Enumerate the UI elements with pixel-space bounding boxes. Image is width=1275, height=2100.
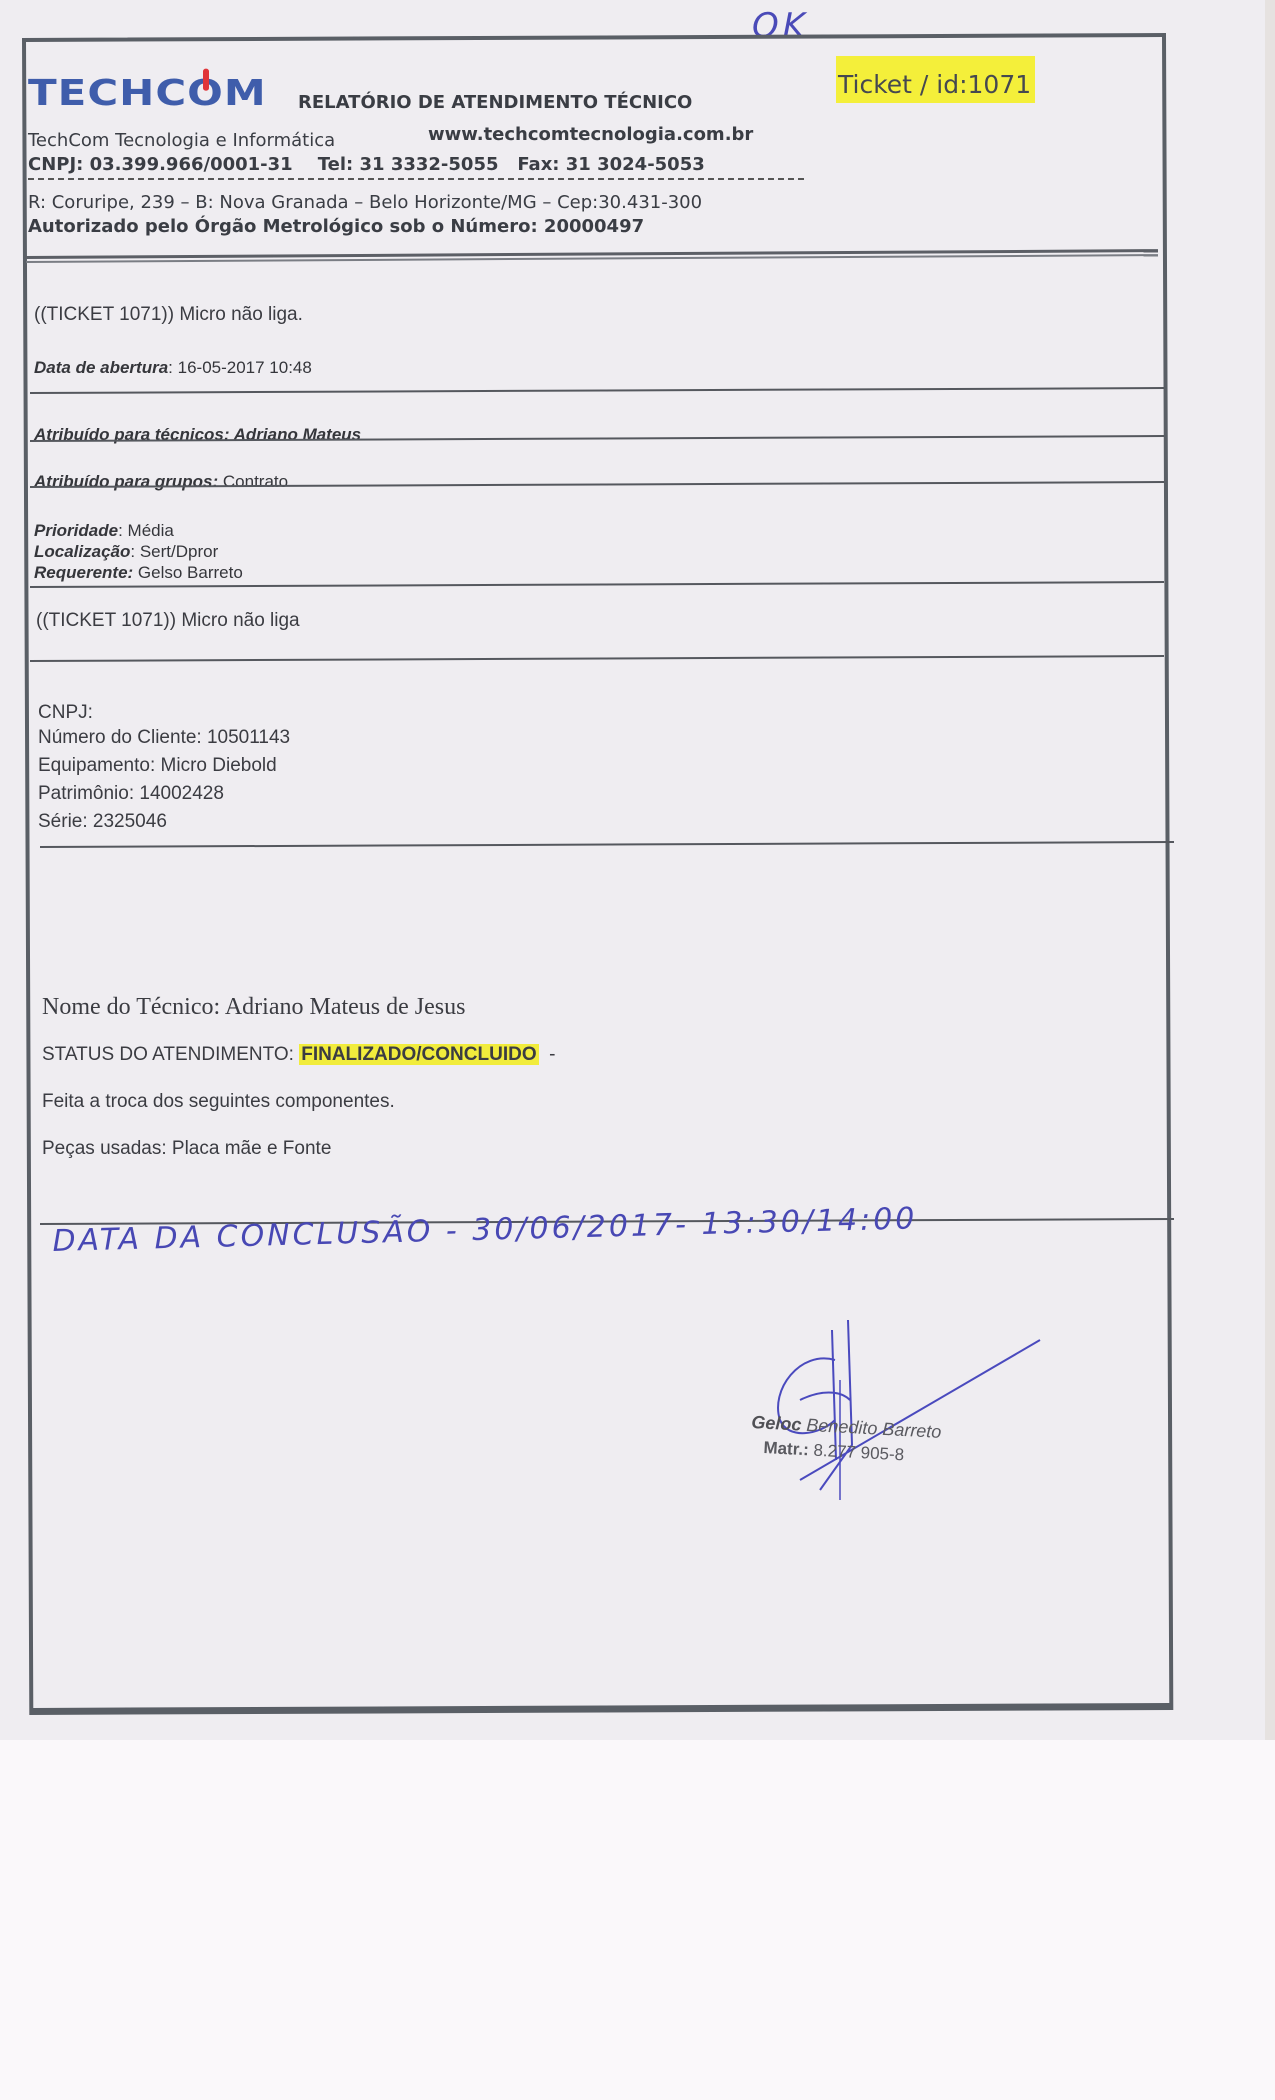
dashed-divider xyxy=(28,178,804,180)
company-cnpj: CNPJ: 03.399.966/0001-31 xyxy=(28,154,293,175)
stamp-name-prefix: Geloc xyxy=(751,1412,802,1435)
opening-date: Data de abertura: 16-05-2017 10:48 xyxy=(34,358,312,378)
parts-used: Peças usadas: Placa mãe e Fonte xyxy=(42,1138,331,1160)
work-done: Feita a troca dos seguintes componentes. xyxy=(42,1091,395,1113)
company-contact-line: CNPJ: 03.399.966/0001-31 Tel: 31 3332-50… xyxy=(28,154,705,175)
requester: Requerente: Gelso Barreto xyxy=(34,563,243,583)
logo-text-prefix: TECHC xyxy=(28,72,187,114)
location-value: : Sert/Dpror xyxy=(130,542,218,561)
patrimony: Patrimônio: 14002428 xyxy=(38,783,224,805)
techcom-logo: TECHCOM xyxy=(28,72,267,114)
company-fax: Fax: 31 3024-5053 xyxy=(517,154,704,175)
power-icon: O xyxy=(187,72,224,114)
client-number: Número do Cliente: 10501143 xyxy=(38,727,290,749)
requester-label: Requerente: xyxy=(34,563,133,582)
metrology-authorization: Autorizado pelo Órgão Metrológico sob o … xyxy=(28,216,644,237)
priority-value: : Média xyxy=(118,521,174,540)
ticket-title: ((TICKET 1071)) Micro não liga. xyxy=(34,304,303,326)
logo-text-suffix: M xyxy=(224,72,267,114)
requester-value: Gelso Barreto xyxy=(133,563,243,582)
report-title: RELATÓRIO DE ATENDIMENTO TÉCNICO xyxy=(298,92,692,113)
status-suffix: - xyxy=(539,1044,556,1065)
assigned-groups-value: Contrato xyxy=(218,472,288,491)
priority: Prioridade: Média xyxy=(34,521,174,541)
stamp-matr-label: Matr.: xyxy=(763,1438,809,1459)
assigned-groups: Atribuído para grupos: Contrato xyxy=(34,472,288,492)
ticket-description: ((TICKET 1071)) Micro não liga xyxy=(36,610,300,632)
company-tel: Tel: 31 3332-5055 xyxy=(318,154,499,175)
scan-edge xyxy=(1265,0,1275,1740)
client-cnpj: CNPJ: xyxy=(38,702,93,724)
opening-date-value: : 16-05-2017 10:48 xyxy=(168,358,312,377)
location-label: Localização xyxy=(34,542,130,561)
ticket-id-badge: Ticket / id:1071 xyxy=(836,56,1035,103)
company-address: R: Coruripe, 239 – B: Nova Granada – Bel… xyxy=(28,192,702,213)
stamp-matr-value: 8.277 905-8 xyxy=(808,1440,904,1464)
company-website: www.techcomtecnologia.com.br xyxy=(428,124,753,145)
service-status: STATUS DO ATENDIMENTO: FINALIZADO/CONCLU… xyxy=(42,1044,556,1066)
location: Localização: Sert/Dpror xyxy=(34,542,218,562)
assigned-groups-label: Atribuído para grupos: xyxy=(34,472,218,491)
equipment: Equipamento: Micro Diebold xyxy=(38,755,277,777)
opening-date-label: Data de abertura xyxy=(34,358,168,377)
priority-label: Prioridade xyxy=(34,521,118,540)
status-label: STATUS DO ATENDIMENTO: xyxy=(42,1044,299,1065)
company-name: TechCom Tecnologia e Informática xyxy=(28,130,335,151)
status-badge: FINALIZADO/CONCLUIDO xyxy=(299,1044,538,1065)
technician-name: Nome do Técnico: Adriano Mateus de Jesus xyxy=(42,994,465,1021)
serial-number: Série: 2325046 xyxy=(38,811,167,833)
assigned-technicians: Atribuído para técnicos: Adriano Mateus xyxy=(34,425,361,445)
